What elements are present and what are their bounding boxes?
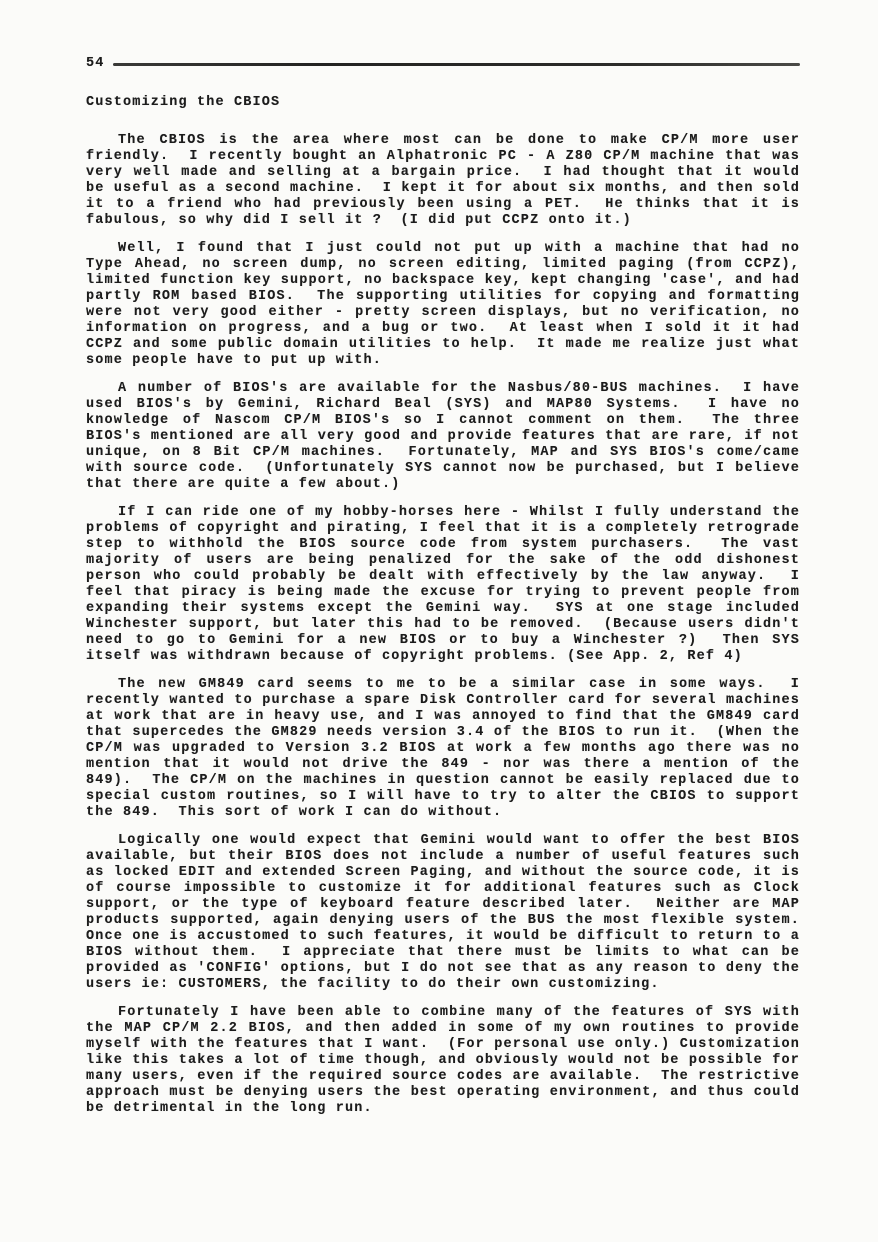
page-header: 54 <box>86 56 800 72</box>
paragraph: The CBIOS is the area where most can be … <box>86 133 800 229</box>
article: Customizing the CBIOS The CBIOS is the a… <box>86 95 800 1117</box>
paragraph: The new GM849 card seems to me to be a s… <box>86 677 800 821</box>
paragraph: Well, I found that I just could not put … <box>86 241 800 369</box>
page-number: 54 <box>86 56 104 72</box>
paragraph: If I can ride one of my hobby-horses her… <box>86 505 800 665</box>
paragraph: Fortunately I have been able to combine … <box>86 1005 800 1117</box>
header-rule <box>113 63 800 66</box>
paragraph: A number of BIOS's are available for the… <box>86 381 800 493</box>
paragraph: Logically one would expect that Gemini w… <box>86 833 800 993</box>
section-heading: Customizing the CBIOS <box>86 95 800 111</box>
document-page: 54 Customizing the CBIOS The CBIOS is th… <box>0 0 878 1242</box>
